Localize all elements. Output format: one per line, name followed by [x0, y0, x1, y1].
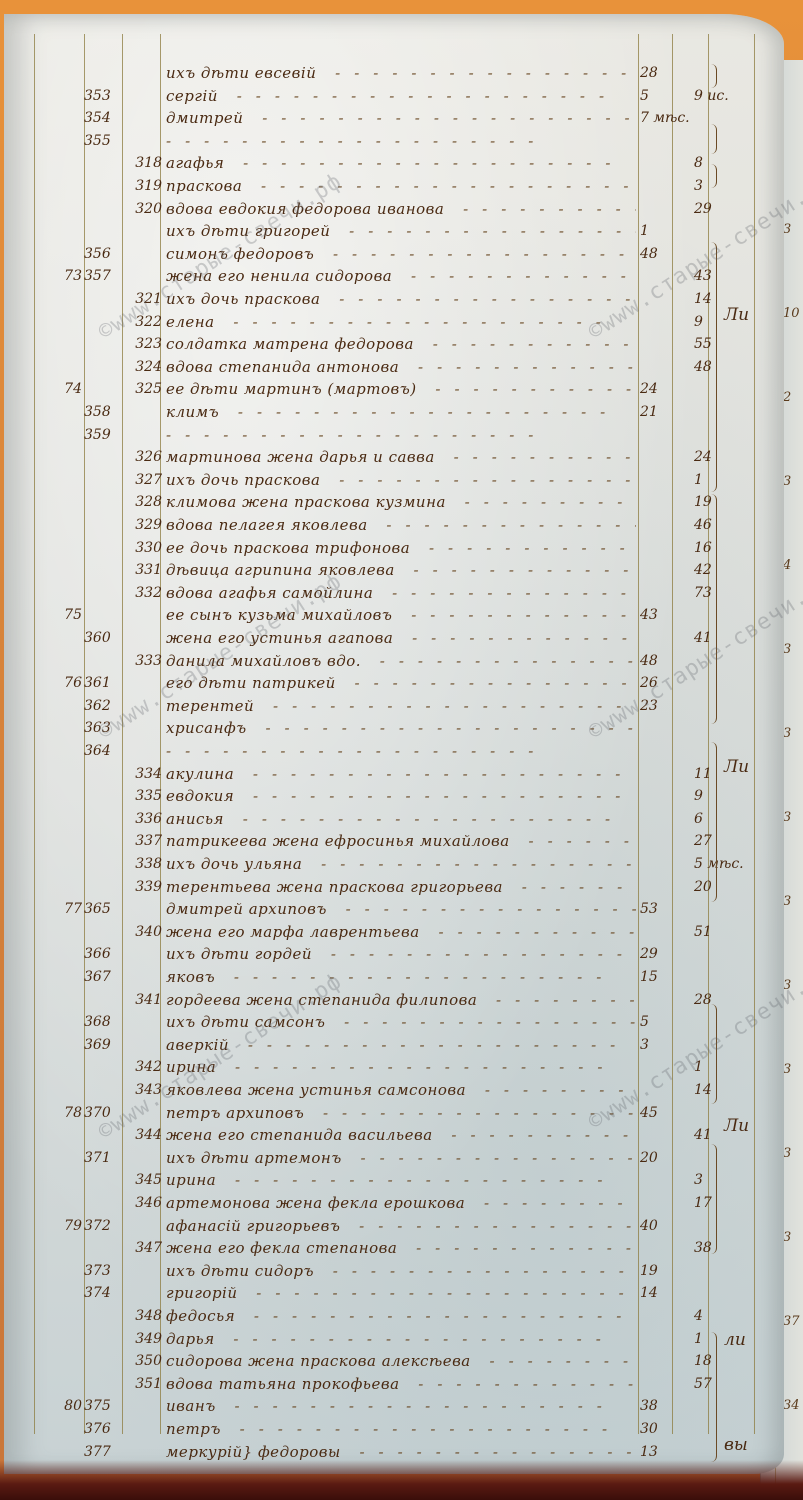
person-name: федосья --------------------	[166, 1305, 636, 1327]
filler-dashes: --------------------	[392, 606, 636, 624]
male-age: 45	[640, 1102, 676, 1124]
filler-dashes: --------------------	[166, 426, 547, 444]
male-serial-number: 375	[84, 1395, 126, 1417]
female-age: 48	[694, 356, 724, 378]
female-age: 20	[694, 876, 724, 898]
person-name: ихъ дѣти евсевій --------------------	[166, 62, 636, 84]
person-name: агафья --------------------	[166, 152, 636, 174]
female-serial-number: 351	[122, 1373, 162, 1395]
female-age: 28	[694, 989, 724, 1011]
register-row: 353сергій --------------------59 ис.	[4, 85, 784, 107]
adjacent-page-number: 3	[783, 222, 791, 237]
person-name: афанасій григорьевъ --------------------	[166, 1215, 636, 1237]
margin-note: Ли	[724, 305, 749, 325]
register-row: 341гордеева жена степанида филипова ----…	[4, 989, 784, 1011]
female-age: 1	[694, 469, 724, 491]
adjacent-page-number: 3	[783, 810, 791, 825]
household-number: 77	[48, 898, 82, 920]
person-name: вдова агафья самойлина -----------------…	[166, 582, 636, 604]
filler-dashes: --------------------	[325, 1013, 636, 1031]
register-row: 326мартинова жена дарья и савва --------…	[4, 446, 784, 468]
female-age: 42	[694, 559, 724, 581]
register-row: 369аверкій --------------------3	[4, 1034, 784, 1056]
female-age: 9	[694, 785, 724, 807]
female-age: 3	[694, 1169, 724, 1191]
filler-dashes: --------------------	[373, 584, 636, 602]
filler-dashes: --------------------	[314, 1262, 636, 1280]
female-age: 3	[694, 175, 724, 197]
person-name: патрикеева жена ефросинья михайлова ----…	[166, 830, 636, 852]
person-name: вдова евдокия федорова иванова ---------…	[166, 198, 636, 220]
male-age: 1	[640, 220, 676, 242]
register-row: 74325ее дѣти мартинъ (мартовъ) ---------…	[4, 378, 784, 400]
male-age: 40	[640, 1215, 676, 1237]
female-serial-number: 336	[122, 808, 162, 830]
person-name: солдатка матрена федорова --------------…	[166, 333, 636, 355]
filler-dashes: --------------------	[336, 674, 636, 692]
person-name: --------------------	[166, 130, 636, 152]
female-age: 51	[694, 921, 724, 943]
household-number: 74	[48, 378, 82, 400]
margin-note: Ли	[724, 757, 749, 777]
person-name: ихъ дочь ульяна --------------------	[166, 853, 636, 875]
person-name: праскова --------------------	[166, 175, 636, 197]
male-serial-number: 356	[84, 243, 126, 265]
male-age: 7 мѣс.	[640, 107, 676, 129]
age-brace	[710, 494, 717, 724]
female-serial-number: 349	[122, 1328, 162, 1350]
person-name: жена его марфа лаврентьева -------------…	[166, 921, 636, 943]
male-serial-number: 355	[84, 130, 126, 152]
female-serial-number: 345	[122, 1169, 162, 1191]
binding-edge	[0, 1460, 803, 1500]
female-age: 46	[694, 514, 724, 536]
person-name: терентьева жена праскова григорьева ----…	[166, 876, 636, 898]
register-row: 347жена его фекла степанова ------------…	[4, 1237, 784, 1259]
filler-dashes: --------------------	[361, 652, 636, 670]
person-name: жена его ненила сидорова ---------------…	[166, 265, 636, 287]
male-serial-number: 365	[84, 898, 126, 920]
female-serial-number: 339	[122, 876, 162, 898]
filler-dashes: --------------------	[465, 1194, 636, 1212]
filler-dashes: --------------------	[341, 1443, 636, 1461]
male-serial-number: 374	[84, 1282, 126, 1304]
household-number: 73	[48, 265, 82, 287]
register-row: 324вдова степанида антонова ------------…	[4, 356, 784, 378]
household-number: 76	[48, 672, 82, 694]
male-serial-number: 373	[84, 1260, 126, 1282]
register-row: 349дарья --------------------1	[4, 1328, 784, 1350]
register-row: 335евдокия --------------------9	[4, 785, 784, 807]
age-brace	[710, 1332, 717, 1462]
female-serial-number: 328	[122, 491, 162, 513]
register-row: 345ирина --------------------3	[4, 1169, 784, 1191]
female-serial-number: 335	[122, 785, 162, 807]
male-age: 14	[640, 1282, 676, 1304]
register-row: 336анисья --------------------6	[4, 808, 784, 830]
adjacent-page-number: 37	[783, 1314, 800, 1329]
male-serial-number: 369	[84, 1034, 126, 1056]
filler-dashes: --------------------	[444, 200, 636, 218]
adjacent-page-number: 3	[783, 726, 791, 741]
margin-note: Ли	[724, 1116, 749, 1136]
female-age: 18	[694, 1350, 724, 1372]
adjacent-page-number: 3	[783, 642, 791, 657]
person-name: ее сынъ кузьма михайловъ ---------------…	[166, 604, 636, 626]
person-name: артемонова жена фекла ерошкова ---------…	[166, 1192, 636, 1214]
register-row: 371ихъ дѣти артемонъ -------------------…	[4, 1147, 784, 1169]
age-brace	[710, 164, 717, 188]
register-row: 348федосья --------------------4	[4, 1305, 784, 1327]
filler-dashes: --------------------	[221, 1420, 621, 1438]
register-row: ихъ дѣти евсевій --------------------28	[4, 62, 784, 84]
male-age: 3	[640, 1034, 676, 1056]
female-age: 1	[694, 1328, 724, 1350]
register-row: 327ихъ дочь праскова -------------------…	[4, 469, 784, 491]
person-name: климъ --------------------	[166, 401, 636, 423]
person-name: ее дочь праскова трифонова -------------…	[166, 537, 636, 559]
female-serial-number: 333	[122, 650, 162, 672]
filler-dashes: --------------------	[247, 719, 636, 737]
filler-dashes: --------------------	[503, 878, 636, 896]
person-name: мартинова жена дарья и савва -----------…	[166, 446, 636, 468]
register-row: 329вдова пелагея яковлева --------------…	[4, 514, 784, 536]
person-name: петръ архиповъ --------------------	[166, 1102, 636, 1124]
male-age: 28	[640, 62, 676, 84]
register-row: 360жена его устинья агапова ------------…	[4, 627, 784, 649]
female-age: 38	[694, 1237, 724, 1259]
female-serial-number: 338	[122, 853, 162, 875]
adjacent-page-number: 3	[783, 1146, 791, 1161]
female-age: 11	[694, 763, 724, 785]
person-name: --------------------	[166, 740, 636, 762]
household-number: 79	[48, 1215, 82, 1237]
filler-dashes: --------------------	[342, 1149, 636, 1167]
age-brace	[710, 124, 717, 154]
filler-dashes: --------------------	[471, 1352, 636, 1370]
register-row: 338ихъ дочь ульяна --------------------5…	[4, 853, 784, 875]
filler-dashes: --------------------	[393, 629, 636, 647]
person-name: ихъ дочь праскова --------------------	[166, 288, 636, 310]
female-age: 4	[694, 1305, 724, 1327]
person-name: дмитрей --------------------	[166, 107, 636, 129]
person-name: --------------------	[166, 424, 636, 446]
male-serial-number: 357	[84, 265, 126, 287]
person-name: гордеева жена степанида филипова -------…	[166, 989, 636, 1011]
register-row: 77365дмитрей архиповъ ------------------…	[4, 898, 784, 920]
register-row: 350сидорова жена праскова алексѣева ----…	[4, 1350, 784, 1372]
person-name: хрисанфъ --------------------	[166, 717, 636, 739]
person-name: петръ --------------------	[166, 1418, 636, 1440]
person-name: вдова татьяна прокофьева ---------------…	[166, 1373, 636, 1395]
person-name: дмитрей архиповъ --------------------	[166, 898, 636, 920]
female-serial-number: 327	[122, 469, 162, 491]
adjacent-page-number: 3	[783, 1230, 791, 1245]
register-row: 334акулина --------------------11	[4, 763, 784, 785]
female-serial-number: 329	[122, 514, 162, 536]
register-row: 354дмитрей --------------------7 мѣс.	[4, 107, 784, 129]
filler-dashes: --------------------	[327, 900, 636, 918]
person-name: ихъ дѣти гордей --------------------	[166, 943, 636, 965]
female-serial-number: 346	[122, 1192, 162, 1214]
person-name: анисья --------------------	[166, 808, 636, 830]
male-age: 21	[640, 401, 676, 423]
register-row: 318агафья --------------------8	[4, 152, 784, 174]
female-serial-number: 340	[122, 921, 162, 943]
female-serial-number: 334	[122, 763, 162, 785]
register-row: 374григорій --------------------14	[4, 1282, 784, 1304]
filler-dashes: --------------------	[314, 245, 636, 263]
female-serial-number: 350	[122, 1350, 162, 1372]
male-age: 48	[640, 243, 676, 265]
male-serial-number: 360	[84, 627, 126, 649]
filler-dashes: --------------------	[224, 810, 624, 828]
female-age: 17	[694, 1192, 724, 1214]
register-row: 330ее дочь праскова трифонова ----------…	[4, 537, 784, 559]
female-serial-number: 319	[122, 175, 162, 197]
female-age: 9 ис.	[694, 85, 724, 107]
filler-dashes: --------------------	[316, 64, 636, 82]
female-age: 19	[694, 491, 724, 513]
female-age: 29	[694, 198, 724, 220]
register-row: 376петръ --------------------30	[4, 1418, 784, 1440]
adjacent-page-number: 34	[783, 1398, 800, 1413]
person-name: ихъ дочь праскова --------------------	[166, 469, 636, 491]
register-row: 337патрикеева жена ефросинья михайлова -…	[4, 830, 784, 852]
female-age: 5 мѣс.	[694, 853, 724, 875]
register-row: 323солдатка матрена федорова -----------…	[4, 333, 784, 355]
adjacent-page-number: 2	[783, 390, 791, 405]
person-name: сергій --------------------	[166, 85, 636, 107]
margin-note: ли	[724, 1330, 746, 1350]
female-serial-number: 318	[122, 152, 162, 174]
female-age: 14	[694, 1079, 724, 1101]
filler-dashes: --------------------	[216, 1058, 616, 1076]
filler-dashes: --------------------	[510, 832, 636, 850]
register-row: 340жена его марфа лаврентьева ----------…	[4, 921, 784, 943]
adjacent-page-number: 3	[783, 894, 791, 909]
filler-dashes: --------------------	[435, 448, 636, 466]
register-row: 355 --------------------	[4, 130, 784, 152]
person-name: ихъ дѣти сидоръ --------------------	[166, 1260, 636, 1282]
age-brace	[710, 1144, 717, 1254]
filler-dashes: --------------------	[229, 1036, 629, 1054]
register-row: 356симонъ федоровъ --------------------4…	[4, 243, 784, 265]
filler-dashes: --------------------	[235, 1307, 635, 1325]
male-serial-number: 372	[84, 1215, 126, 1237]
filler-dashes: --------------------	[218, 87, 618, 105]
female-serial-number: 332	[122, 582, 162, 604]
person-name: терентей --------------------	[166, 695, 636, 717]
filler-dashes: --------------------	[234, 765, 634, 783]
register-row: 339терентьева жена праскова григорьева -…	[4, 876, 784, 898]
person-name: его дѣти патрикей --------------------	[166, 672, 636, 694]
filler-dashes: --------------------	[216, 1397, 616, 1415]
filler-dashes: --------------------	[395, 561, 636, 579]
filler-dashes: --------------------	[312, 945, 636, 963]
female-serial-number: 347	[122, 1237, 162, 1259]
person-name: климова жена праскова кузмина ----------…	[166, 491, 636, 513]
filler-dashes: --------------------	[215, 968, 615, 986]
age-brace	[710, 64, 717, 88]
female-age: 9	[694, 311, 724, 333]
filler-dashes: --------------------	[254, 697, 636, 715]
register-row: 80375иванъ --------------------38	[4, 1395, 784, 1417]
filler-dashes: --------------------	[400, 1375, 636, 1393]
male-age: 24	[640, 378, 676, 400]
filler-dashes: --------------------	[320, 471, 636, 489]
adjacent-page-number: 3	[783, 474, 791, 489]
person-name: дарья --------------------	[166, 1328, 636, 1350]
filler-dashes: --------------------	[219, 403, 619, 421]
female-serial-number: 341	[122, 989, 162, 1011]
male-serial-number: 371	[84, 1147, 126, 1169]
person-name: дѣвица агрипина яковлева ---------------…	[166, 559, 636, 581]
female-age: 16	[694, 537, 724, 559]
female-serial-number: 324	[122, 356, 162, 378]
person-name: яковлева жена устинья самсонова --------…	[166, 1079, 636, 1101]
register-row: ихъ дѣти григорей --------------------1	[4, 220, 784, 242]
person-name: акулина --------------------	[166, 763, 636, 785]
person-name: вдова степанида антонова ---------------…	[166, 356, 636, 378]
filler-dashes: --------------------	[234, 787, 634, 805]
register-row: 373ихъ дѣти сидоръ --------------------1…	[4, 1260, 784, 1282]
male-serial-number: 361	[84, 672, 126, 694]
age-brace	[710, 742, 717, 902]
register-row: 332вдова агафья самойлина --------------…	[4, 582, 784, 604]
person-name: жена его фекла степанова ---------------…	[166, 1237, 636, 1259]
female-serial-number: 337	[122, 830, 162, 852]
female-age: 14	[694, 288, 724, 310]
register-row: 79372афанасій григорьевъ ---------------…	[4, 1215, 784, 1237]
female-age: 55	[694, 333, 724, 355]
filler-dashes: --------------------	[320, 290, 636, 308]
person-name: ихъ дѣти артемонъ --------------------	[166, 1147, 636, 1169]
person-name: сидорова жена праскова алексѣева -------…	[166, 1350, 636, 1372]
male-age: 5	[640, 85, 676, 107]
female-age: 41	[694, 1124, 724, 1146]
filler-dashes: --------------------	[368, 516, 636, 534]
male-age: 43	[640, 604, 676, 626]
register-row: 364 --------------------	[4, 740, 784, 762]
female-serial-number: 342	[122, 1056, 162, 1078]
margin-note: вы	[724, 1435, 748, 1455]
filler-dashes: --------------------	[420, 923, 636, 941]
filler-dashes: --------------------	[410, 539, 636, 557]
household-number: 75	[48, 604, 82, 626]
male-serial-number: 376	[84, 1418, 126, 1440]
filler-dashes: --------------------	[215, 1330, 615, 1348]
filler-dashes: --------------------	[243, 109, 636, 127]
filler-dashes: --------------------	[417, 380, 636, 398]
female-serial-number: 348	[122, 1305, 162, 1327]
filler-dashes: --------------------	[238, 1284, 636, 1302]
register-page: ихъ дѣти евсевій --------------------283…	[4, 14, 784, 1474]
female-serial-number: 320	[122, 198, 162, 220]
female-serial-number: 331	[122, 559, 162, 581]
male-serial-number: 368	[84, 1011, 126, 1033]
female-serial-number: 326	[122, 446, 162, 468]
filler-dashes: --------------------	[340, 1217, 636, 1235]
person-name: ее дѣти мартинъ (мартовъ) --------------…	[166, 378, 636, 400]
register-row: 319праскова --------------------3	[4, 175, 784, 197]
male-age: 29	[640, 943, 676, 965]
adjacent-page-number: 10	[783, 306, 800, 321]
register-row: 320вдова евдокия федорова иванова ------…	[4, 198, 784, 220]
filler-dashes: --------------------	[216, 1171, 616, 1189]
person-name: жена его степанида васильева -----------…	[166, 1124, 636, 1146]
filler-dashes: --------------------	[215, 313, 615, 331]
person-name: ирина --------------------	[166, 1169, 636, 1191]
male-age: 15	[640, 966, 676, 988]
filler-dashes: --------------------	[166, 132, 547, 150]
male-age: 5	[640, 1011, 676, 1033]
filler-dashes: --------------------	[224, 154, 624, 172]
register-row: 333данила михайловъ вдо. ---------------…	[4, 650, 784, 672]
person-name: иванъ --------------------	[166, 1395, 636, 1417]
person-name: вдова пелагея яковлева -----------------…	[166, 514, 636, 536]
male-serial-number: 359	[84, 424, 126, 446]
filler-dashes: --------------------	[330, 222, 636, 240]
female-age: 57	[694, 1373, 724, 1395]
filler-dashes: --------------------	[392, 267, 636, 285]
register-row: 331дѣвица агрипина яковлева ------------…	[4, 559, 784, 581]
person-name: евдокия --------------------	[166, 785, 636, 807]
male-serial-number: 367	[84, 966, 126, 988]
filler-dashes: --------------------	[477, 991, 636, 1009]
adjacent-page-number: 3	[783, 1062, 791, 1077]
filler-dashes: --------------------	[302, 855, 636, 873]
register-row: 367яковъ --------------------15	[4, 966, 784, 988]
filler-dashes: --------------------	[166, 742, 547, 760]
register-row: 346артемонова жена фекла ерошкова ------…	[4, 1192, 784, 1214]
male-serial-number: 358	[84, 401, 126, 423]
female-serial-number: 330	[122, 537, 162, 559]
male-age: 53	[640, 898, 676, 920]
adjacent-page-number: 4	[783, 558, 791, 573]
register-row: 328климова жена праскова кузмина -------…	[4, 491, 784, 513]
female-age: 27	[694, 830, 724, 852]
male-serial-number: 364	[84, 740, 126, 762]
female-serial-number: 325	[122, 378, 162, 400]
person-name: елена --------------------	[166, 311, 636, 333]
register-row: 75ее сынъ кузьма михайловъ -------------…	[4, 604, 784, 626]
male-age: 38	[640, 1395, 676, 1417]
male-age: 19	[640, 1260, 676, 1282]
register-row: 368ихъ дѣти самсонъ --------------------…	[4, 1011, 784, 1033]
female-age: 24	[694, 446, 724, 468]
register-row: 358климъ --------------------21	[4, 401, 784, 423]
male-serial-number: 354	[84, 107, 126, 129]
filler-dashes: --------------------	[397, 1239, 636, 1257]
household-number: 80	[48, 1395, 82, 1417]
male-age: 20	[640, 1147, 676, 1169]
male-serial-number: 366	[84, 943, 126, 965]
person-name: григорій --------------------	[166, 1282, 636, 1304]
person-name: яковъ --------------------	[166, 966, 636, 988]
filler-dashes: --------------------	[446, 493, 636, 511]
female-serial-number: 323	[122, 333, 162, 355]
male-serial-number: 353	[84, 85, 126, 107]
register-row: 351вдова татьяна прокофьева ------------…	[4, 1373, 784, 1395]
filler-dashes: --------------------	[399, 358, 636, 376]
male-age: 30	[640, 1418, 676, 1440]
age-brace	[710, 242, 717, 492]
female-age: 8	[694, 152, 724, 174]
register-row: 366ихъ дѣти гордей --------------------2…	[4, 943, 784, 965]
household-number: 78	[48, 1102, 82, 1124]
female-age: 6	[694, 808, 724, 830]
